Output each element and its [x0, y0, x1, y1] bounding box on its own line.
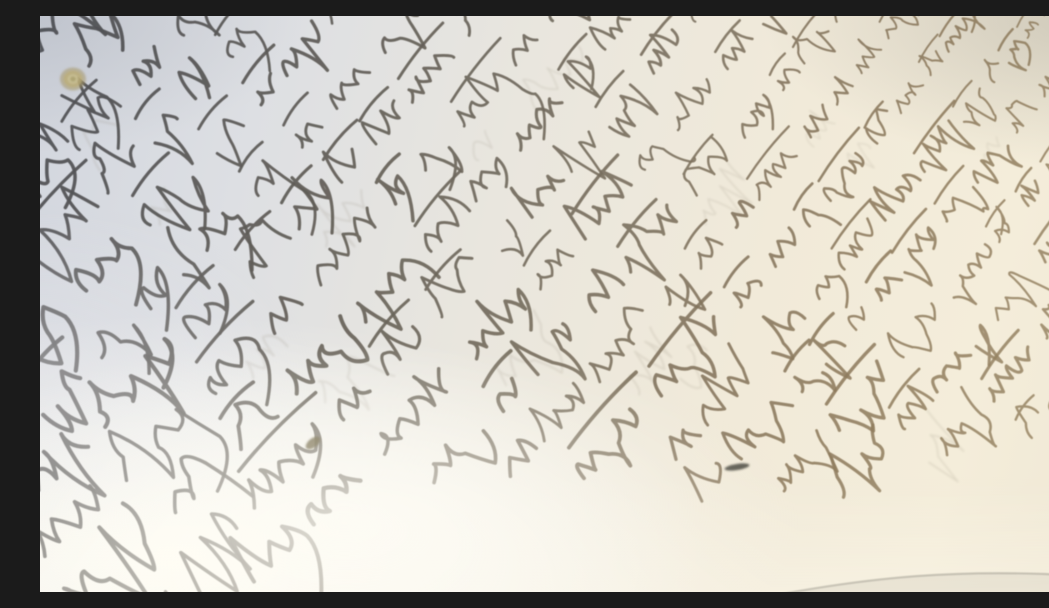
page-edge — [782, 573, 1049, 592]
manuscript-photo: Close-up photograph of a handwritten man… — [40, 16, 1049, 592]
wax-spot — [60, 68, 86, 91]
ink-strokes — [40, 16, 1049, 592]
handwriting-svg: Close-up photograph of a handwritten man… — [40, 16, 1049, 592]
ink-smudge — [724, 462, 750, 472]
